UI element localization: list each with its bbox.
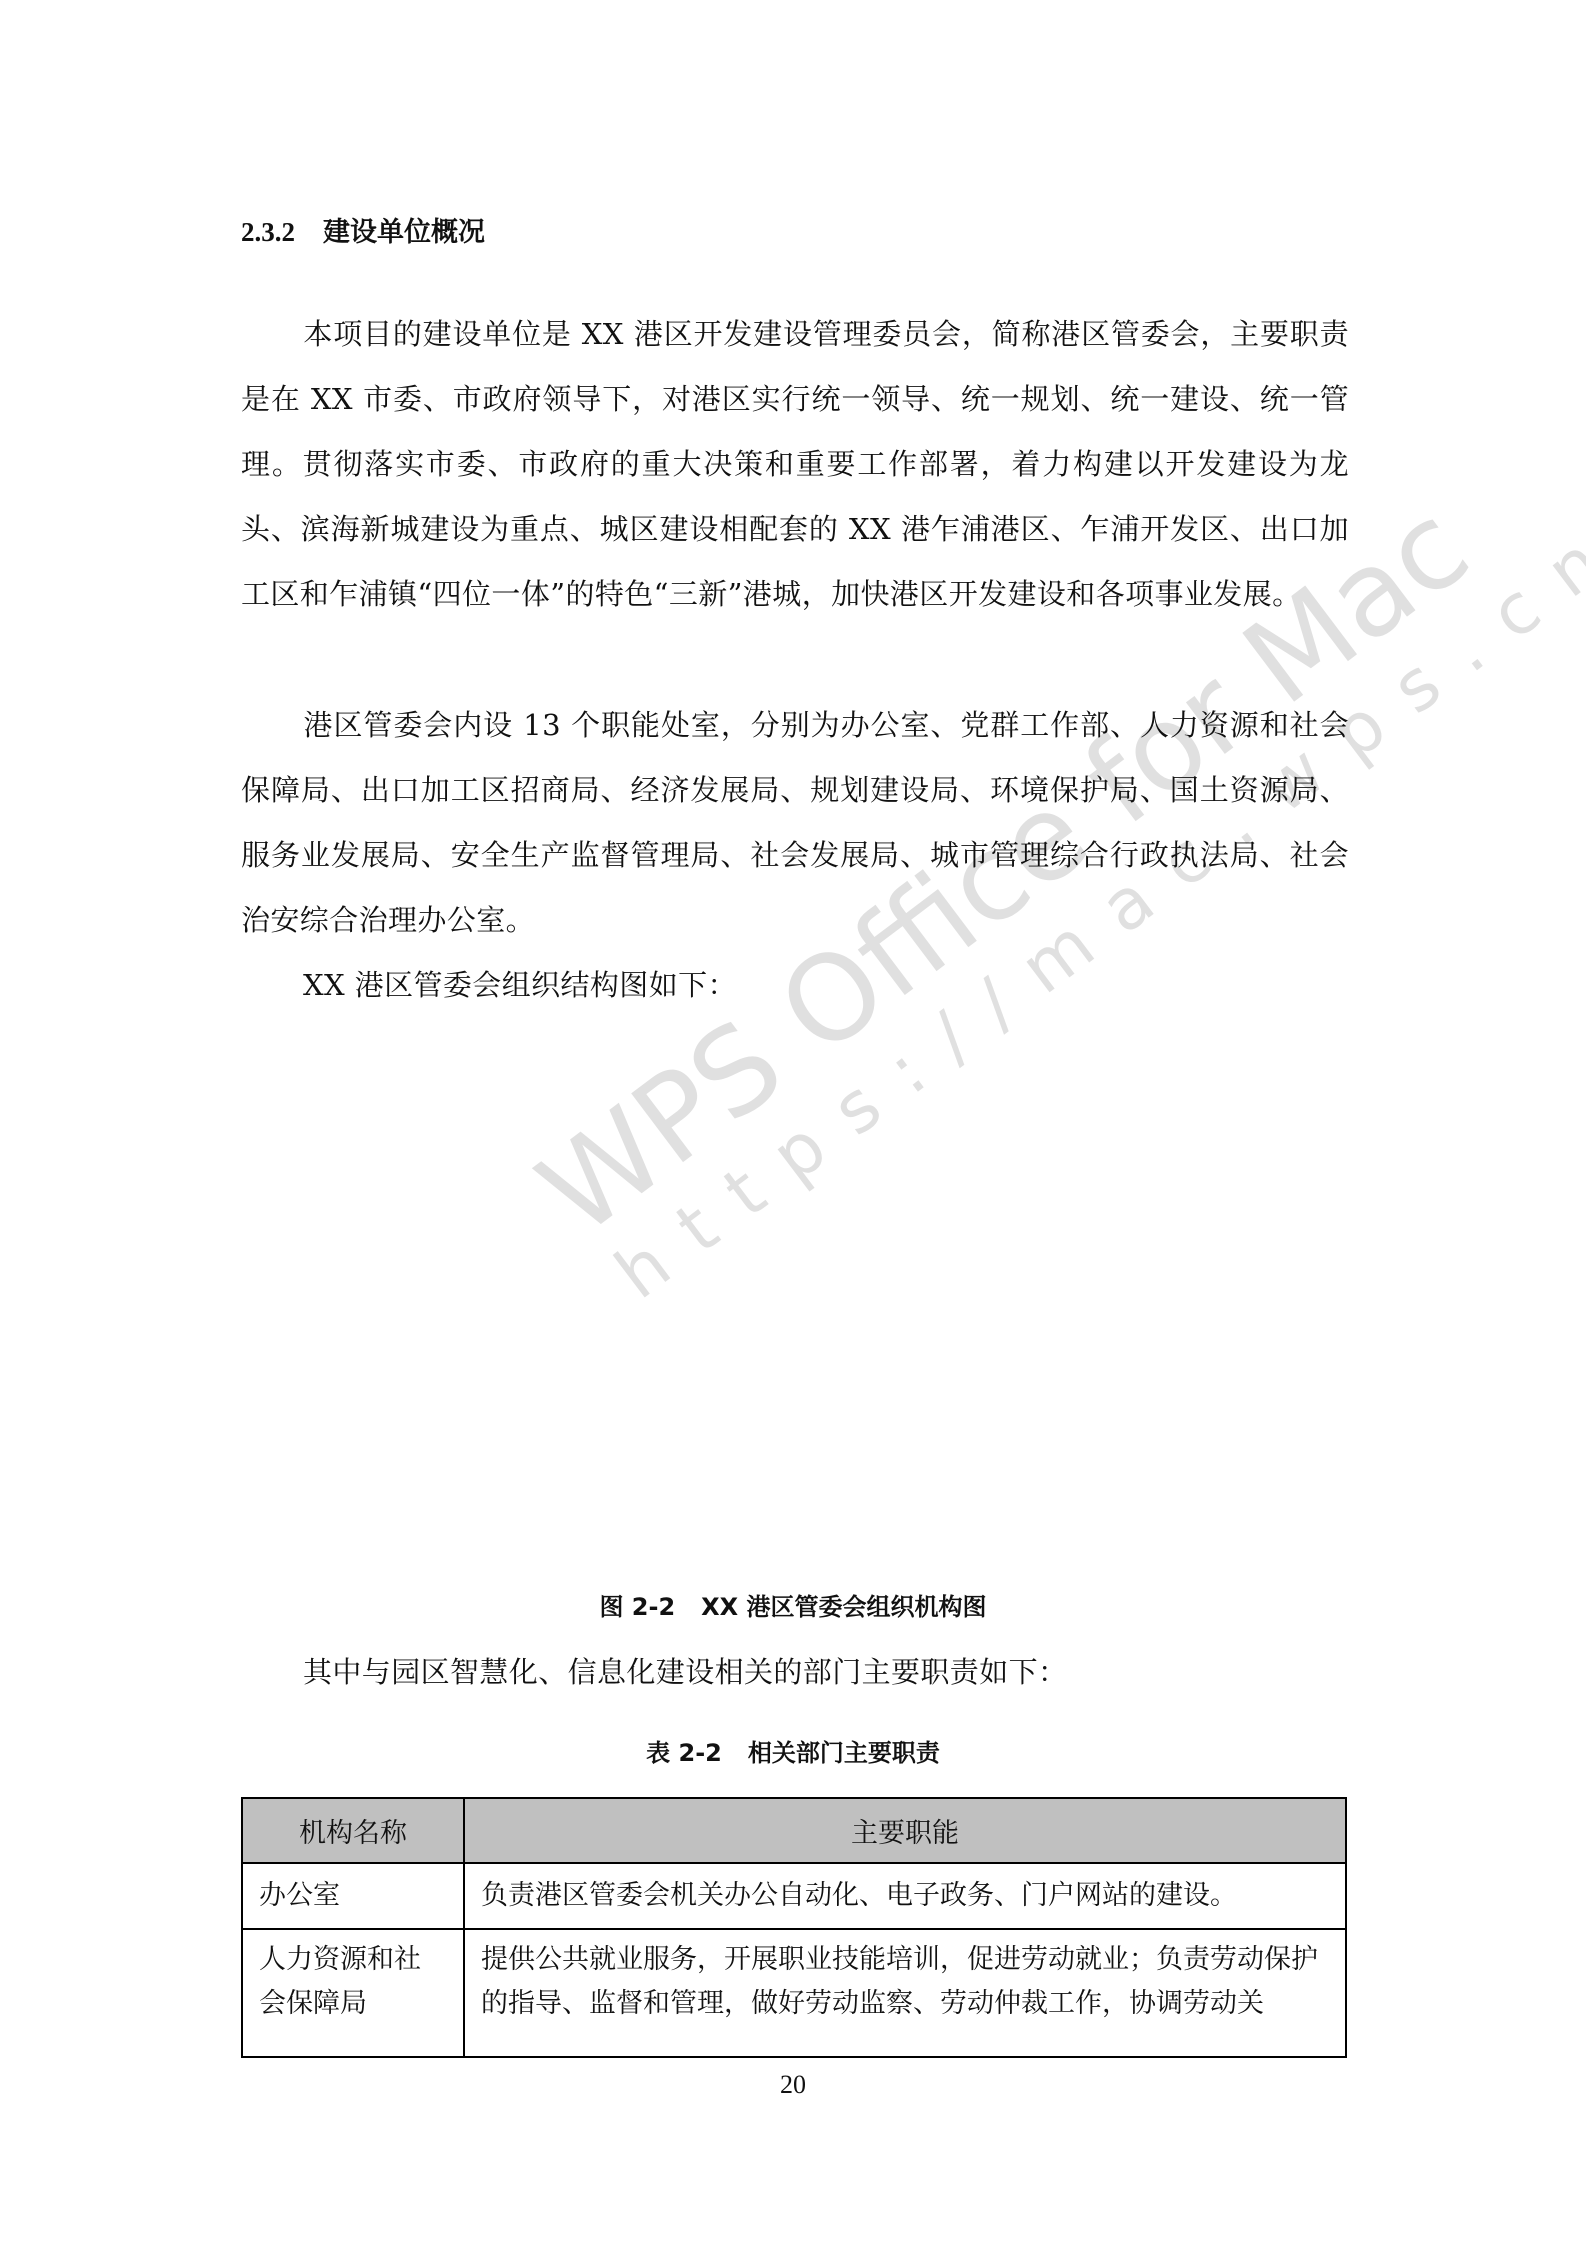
department-duties-table: 机构名称 主要职能 办公室 负责港区管委会机关办公自动化、电子政务、门户网站的建…: [241, 1797, 1347, 2058]
column-header-name: 机构名称: [242, 1798, 464, 1863]
table-label: 表 2-2: [646, 1739, 722, 1767]
paragraph-text: 港区管委会内设 13 个职能处室，分别为办公室、党群工作部、人力资源和社会保障局…: [241, 708, 1349, 937]
table-row: 办公室 负责港区管委会机关办公自动化、电子政务、门户网站的建设。: [242, 1863, 1346, 1929]
page-number: 20: [0, 2070, 1586, 2100]
paragraph-related-depts: 其中与园区智慧化、信息化建设相关的部门主要职责如下：: [241, 1640, 1349, 1705]
document-page: WPS Office for Mac https://mac.wps.cn/ 2…: [0, 0, 1586, 2244]
cell-department-name: 办公室: [242, 1863, 464, 1929]
table-title: 相关部门主要职责: [748, 1739, 940, 1767]
cell-department-name: 人力资源和社会保障局: [242, 1929, 464, 2057]
paragraph-departments: 港区管委会内设 13 个职能处室，分别为办公室、党群工作部、人力资源和社会保障局…: [241, 693, 1349, 953]
cell-department-duty: 负责港区管委会机关办公自动化、电子政务、门户网站的建设。: [464, 1863, 1346, 1929]
column-header-duty: 主要职能: [464, 1798, 1346, 1863]
paragraph-text: XX 港区管委会组织结构图如下：: [303, 968, 737, 1002]
table-header-row: 机构名称 主要职能: [242, 1798, 1346, 1863]
section-number: 2.3.2: [241, 217, 295, 247]
paragraph-intro: 本项目的建设单位是 XX 港区开发建设管理委员会，简称港区管委会，主要职责是在 …: [241, 302, 1349, 627]
table-caption: 表 2-2相关部门主要职责: [0, 1733, 1586, 1768]
cell-department-duty: 提供公共就业服务，开展职业技能培训，促进劳动就业；负责劳动保护的指导、监督和管理…: [464, 1929, 1346, 2057]
paragraph-org-chart-intro: XX 港区管委会组织结构图如下：: [241, 953, 1349, 1018]
figure-title: XX 港区管委会组织机构图: [701, 1593, 986, 1621]
section-title: 建设单位概况: [323, 217, 485, 248]
section-heading: 2.3.2建设单位概况: [241, 210, 485, 249]
figure-label: 图 2-2: [599, 1593, 675, 1621]
figure-caption: 图 2-2XX 港区管委会组织机构图: [0, 1587, 1586, 1622]
table-row: 人力资源和社会保障局 提供公共就业服务，开展职业技能培训，促进劳动就业；负责劳动…: [242, 1929, 1346, 2057]
paragraph-text: 其中与园区智慧化、信息化建设相关的部门主要职责如下：: [303, 1655, 1067, 1689]
paragraph-text: 本项目的建设单位是 XX 港区开发建设管理委员会，简称港区管委会，主要职责是在 …: [241, 317, 1349, 611]
